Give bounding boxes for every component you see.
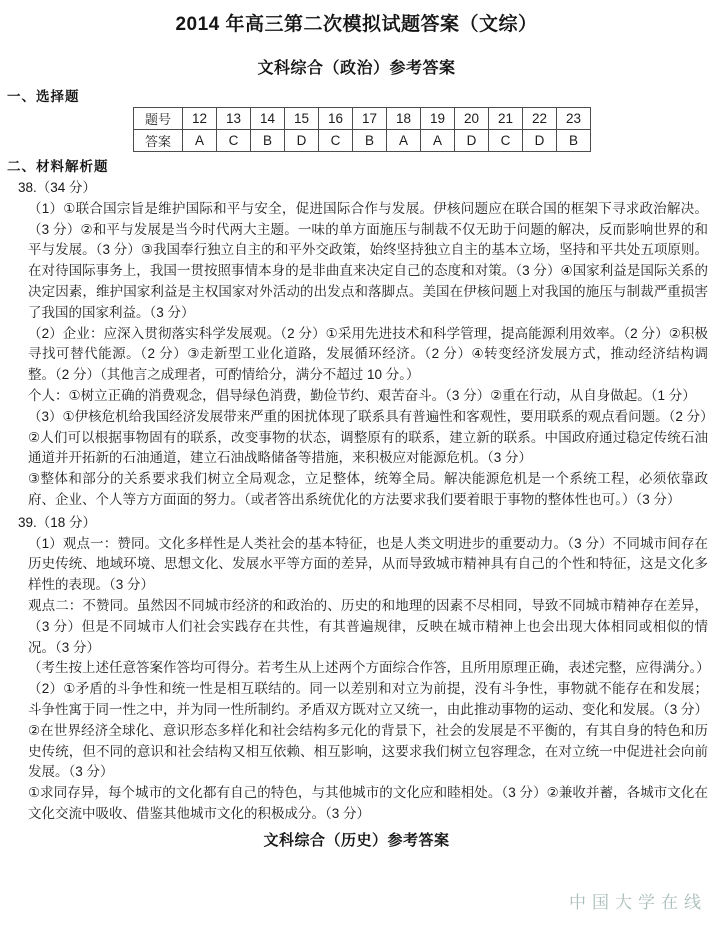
answer-table-row-numbers: 题号 12 13 14 15 16 17 18 19 20 21 22 23: [134, 108, 591, 130]
answer-cell: A: [387, 130, 421, 152]
table-label-question-number: 题号: [134, 108, 183, 130]
section-heading-choice: 一、选择题: [7, 88, 713, 106]
q39-paragraph: （2）①矛盾的斗争性和统一性是相互联结的。同一以差别和对立为前提，没有斗争性，事…: [28, 679, 708, 783]
question-number-cell: 14: [251, 108, 285, 130]
answer-cell: C: [217, 130, 251, 152]
answer-cell: D: [523, 130, 557, 152]
table-label-answer: 答案: [134, 130, 183, 152]
answer-cell: A: [421, 130, 455, 152]
answer-cell: D: [455, 130, 489, 152]
q38-paragraph: ③整体和部分的关系要求我们树立全局观念，立足整体，统筹全局。解决能源危机是一个系…: [28, 469, 708, 511]
answer-cell: B: [353, 130, 387, 152]
q38-paragraph: 个人：①树立正确的消费观念，倡导绿色消费，勤俭节约、艰苦奋斗。（3 分）②重在行…: [28, 386, 708, 407]
answer-cell: C: [489, 130, 523, 152]
watermark-text: 中国大学在线: [569, 892, 707, 914]
answer-table: 题号 12 13 14 15 16 17 18 19 20 21 22 23 答…: [133, 107, 591, 152]
question-38-number: 38.（34 分）: [18, 178, 713, 199]
question-number-cell: 18: [387, 108, 421, 130]
doc-footer-title: 文科综合（历史）参考答案: [0, 831, 713, 851]
q38-paragraph: （2）企业：应深入贯彻落实科学发展观。（2 分）①采用先进技术和科学管理，提高能…: [28, 324, 708, 386]
section-heading-material: 二、材料解析题: [7, 158, 713, 176]
question-number-cell: 17: [353, 108, 387, 130]
doc-subtitle: 文科综合（政治）参考答案: [0, 58, 713, 80]
question-number-cell: 20: [455, 108, 489, 130]
answer-cell: B: [251, 130, 285, 152]
answer-cell: B: [557, 130, 591, 152]
q39-paragraph: 观点二：不赞同。虽然因不同城市经济的和政治的、历史的和地理的因素不尽相同，导致不…: [28, 596, 708, 658]
question-number-cell: 15: [285, 108, 319, 130]
question-number-cell: 21: [489, 108, 523, 130]
question-number-cell: 22: [523, 108, 557, 130]
answer-table-row-answers: 答案 A C B D C B A A D C D B: [134, 130, 591, 152]
question-number-cell: 13: [217, 108, 251, 130]
answer-cell: C: [319, 130, 353, 152]
question-number-cell: 12: [183, 108, 217, 130]
question-39-number: 39.（18 分）: [18, 513, 713, 534]
answer-cell: A: [183, 130, 217, 152]
q38-paragraph: （3）①伊核危机给我国经济发展带来严重的困扰体现了联系具有普遍性和客观性，要用联…: [28, 407, 708, 428]
question-number-cell: 19: [421, 108, 455, 130]
q39-paragraph: （考生按上述任意答案作答均可得分。若考生从上述两个方面综合作答，且所用原理正确，…: [28, 658, 708, 679]
document-page: 2014 年高三第二次模拟试题答案（文综） 文科综合（政治）参考答案 一、选择题…: [0, 0, 713, 938]
q39-paragraph: ①求同存异，每个城市的文化都有自己的特色，与其他城市的文化应和睦相处。（3 分）…: [28, 783, 708, 825]
q39-paragraph: （1）观点一：赞同。文化多样性是人类社会的基本特征，也是人类文明进步的重要动力。…: [28, 534, 708, 596]
q38-paragraph: （1）①联合国宗旨是维护国际和平与安全，促进国际合作与发展。伊核问题应在联合国的…: [28, 199, 708, 324]
question-number-cell: 16: [319, 108, 353, 130]
doc-title: 2014 年高三第二次模拟试题答案（文综）: [0, 0, 713, 37]
question-number-cell: 23: [557, 108, 591, 130]
q38-paragraph: ②人们可以根据事物固有的联系，改变事物的状态，调整原有的联系，建立新的联系。中国…: [28, 428, 708, 470]
answer-cell: D: [285, 130, 319, 152]
